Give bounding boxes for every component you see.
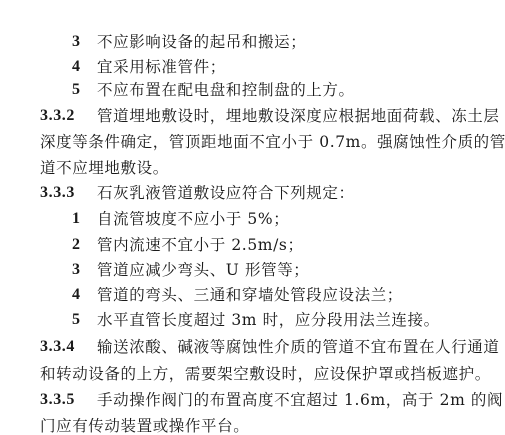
document-page: 3 不应影响设备的起吊和搬运； 4 宜采用标准管件； 5 不应布置在配电盘和控制…	[0, 0, 505, 435]
clause-number: 3.3.4	[40, 337, 75, 357]
item-number: 5	[72, 310, 81, 330]
clause-text: 道不应埋地敷设。	[40, 158, 169, 178]
clause-text: 输送浓酸、碱液等腐蚀性介质的管道不宜布置在人行通道	[97, 337, 500, 357]
item-number: 4	[72, 285, 81, 305]
item-text: 管内流速不宜小于 2.5m/s；	[97, 235, 304, 255]
item-number: 3	[72, 260, 81, 280]
item-text: 不应布置在配电盘和控制盘的上方。	[97, 80, 355, 100]
clause-number: 3.3.2	[40, 106, 75, 126]
item-number: 1	[72, 209, 81, 229]
clause-text: 门应有传动装置或操作平台。	[40, 416, 249, 435]
clause-number: 3.3.3	[40, 183, 75, 203]
item-text: 自流管坡度不应小于 5%；	[97, 209, 289, 229]
clause-text: 和转动设备的上方，需要架空敷设时，应设保护罩或挡板遮护。	[40, 364, 491, 384]
clause-text: 深度等条件确定，管顶距地面不宜小于 0.7m。强腐蚀性介质的管	[40, 132, 505, 152]
item-text: 水平直管长度超过 3m 时，应分段用法兰连接。	[97, 310, 440, 330]
item-text: 宜采用标准管件；	[97, 57, 226, 77]
item-text: 管道的弯头、三通和穿墙处管段应设法兰；	[97, 285, 403, 305]
item-text: 不应影响设备的起吊和搬运；	[97, 32, 306, 52]
clause-number: 3.3.5	[40, 390, 75, 410]
clause-text: 手动操作阀门的布置高度不宜超过 1.6m，高于 2m 的阀	[97, 390, 503, 410]
clause-text: 管道埋地敷设时，埋地敷设深度应根据地面荷载、冻土层	[97, 106, 500, 126]
item-number: 4	[72, 57, 81, 77]
item-number: 2	[72, 235, 81, 255]
item-number: 3	[72, 32, 81, 52]
item-text: 管道应减少弯头、U 形管等；	[97, 260, 309, 280]
clause-text: 石灰乳液管道敷设应符合下列规定：	[97, 183, 355, 203]
item-number: 5	[72, 80, 81, 100]
